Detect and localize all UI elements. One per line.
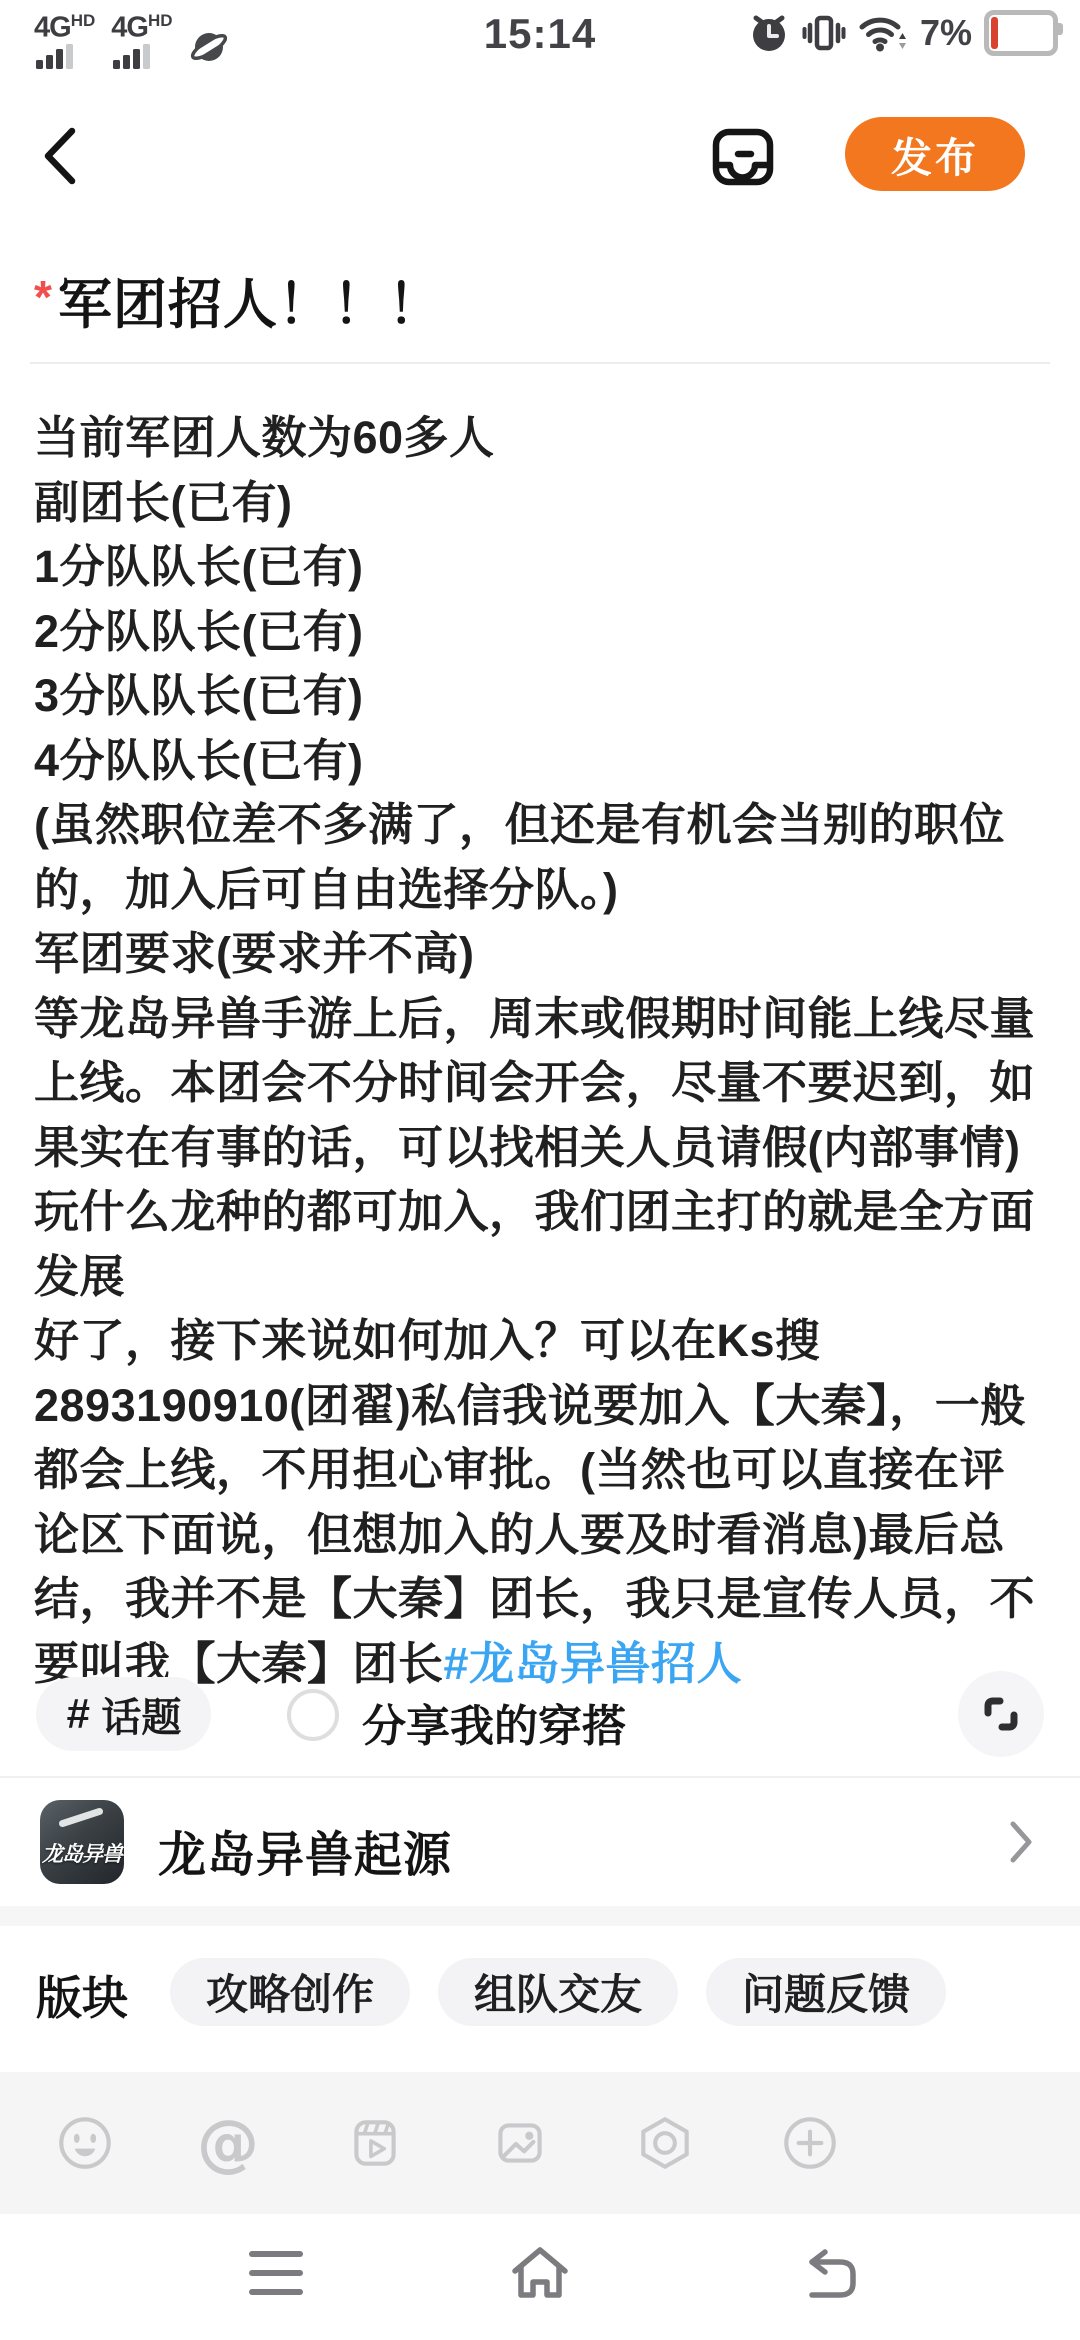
add-button[interactable] [777,2110,843,2176]
body-textarea[interactable]: 当前军团人数为60多人 副团长(已有) 1分队队长(已有) 2分队队长(已有) … [34,406,1046,1696]
title-divider [30,362,1050,364]
publish-button[interactable]: 发布 [845,117,1025,191]
board-section-label: 版块 [36,1962,128,2028]
nav-back-button[interactable] [797,2240,867,2306]
editor-toolbar: @ [0,2072,1080,2214]
status-right-cluster: 7% [748,10,1058,56]
section-divider [0,1906,1080,1926]
chevron-right-icon [1006,1816,1036,1868]
back-icon [38,124,82,188]
share-outfit-label: 分享我的穿搭 [362,1690,626,1754]
wifi-icon [858,11,908,55]
game-row[interactable]: 龙岛异兽 龙岛异兽起源 [0,1778,1080,1906]
emoji-icon [53,2111,117,2175]
mention-icon: @ [197,2110,259,2176]
recents-button[interactable] [241,2240,311,2306]
hashtag-link[interactable]: #龙岛异兽招人 [444,1638,743,1689]
badge-button[interactable] [632,2110,698,2176]
vibrate-icon [802,11,846,55]
publish-label: 发布 [891,125,979,184]
alarm-icon [748,12,790,54]
add-icon [778,2111,842,2175]
home-icon [506,2241,574,2305]
nav-back-icon [802,2245,862,2301]
board-chips: 攻略创作 组队交友 问题反馈 [170,1958,946,2026]
draft-box-icon [708,122,778,192]
home-button[interactable] [505,2240,575,2306]
body-text: 当前军团人数为60多人 副团长(已有) 1分队队长(已有) 2分队队长(已有) … [34,412,1035,1689]
mention-button[interactable]: @ [195,2110,261,2176]
game-name: 龙岛异兽起源 [158,1816,452,1885]
game-icon-text: 龙岛异兽 [42,1838,122,1868]
emoji-button[interactable] [52,2110,118,2176]
board-chip-feedback[interactable]: 问题反馈 [706,1958,946,2026]
game-app-icon: 龙岛异兽 [40,1800,124,1884]
title-input[interactable]: 军团招人！！！ [58,262,443,339]
share-outfit-checkbox[interactable] [287,1689,339,1741]
hash-icon: # [66,1690,89,1738]
badge-icon [633,2111,697,2175]
image-button[interactable] [487,2110,553,2176]
expand-button[interactable] [958,1671,1044,1757]
status-bar: 4GHD 4GHD 15:14 [0,0,1080,62]
title-row: * 军团招人！！！ [34,262,1046,339]
video-button[interactable] [342,2110,408,2176]
video-icon [343,2111,407,2175]
back-button[interactable] [38,124,82,188]
image-icon [488,2111,552,2175]
menu-icon [248,2247,304,2299]
required-marker: * [34,270,52,324]
battery-icon [984,10,1058,56]
draft-box-button[interactable] [708,122,778,192]
board-chip-guide[interactable]: 攻略创作 [170,1958,410,2026]
board-chip-team[interactable]: 组队交友 [438,1958,678,2026]
topic-chip-button[interactable]: # 话题 [36,1677,211,1751]
battery-percent: 7% [920,12,972,54]
expand-icon [973,1686,1029,1742]
topic-chip-label: 话题 [101,1686,181,1743]
